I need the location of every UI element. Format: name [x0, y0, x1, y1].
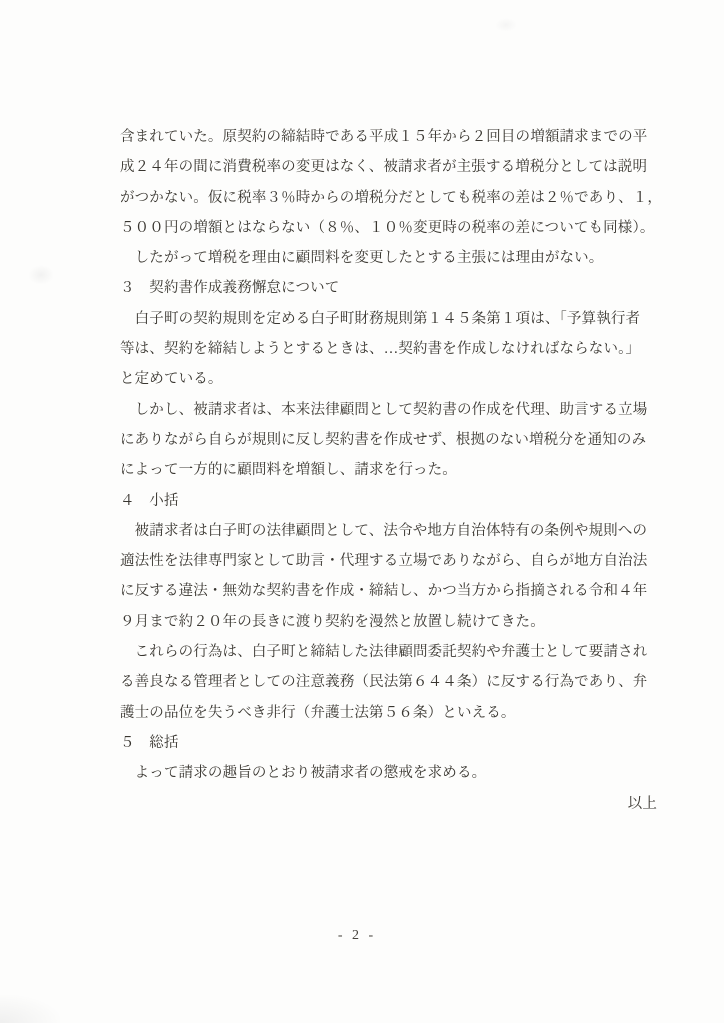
doc-closing: 以上: [120, 789, 657, 819]
doc-line: 被請求者は白子町の法律顧問として、法令や地方自治体特有の条例や規則への: [120, 516, 657, 546]
doc-section-heading: ３ 契約書作成義務懈怠について: [120, 273, 657, 303]
scanned-document-page: 含まれていた。原契約の締結時である平成１５年から２回目の増額請求までの平 成２４…: [0, 0, 724, 1023]
document-body: 含まれていた。原契約の締結時である平成１５年から２回目の増額請求までの平 成２４…: [120, 122, 657, 819]
doc-line: と定めている。: [120, 364, 657, 394]
doc-line: に反する違法・無効な契約書を作成・締結し、かつ当方から指摘される令和４年: [120, 576, 657, 606]
doc-line: 成２４年の間に消費税率の変更はなく、被請求者が主張する増税分としては説明: [120, 152, 657, 182]
page-number: - 2 -: [0, 928, 714, 944]
doc-line: 白子町の契約規則を定める白子町財務規則第１４５条第１項は、「予算執行者: [120, 304, 657, 334]
doc-line: がつかない。仮に税率３％時からの増税分だとしても税率の差は２％であり、１，: [120, 183, 657, 213]
doc-line: ９月まで約２０年の長きに渡り契約を漫然と放置し続けてきた。: [120, 607, 657, 637]
doc-line: ５００円の増額とはならない（８％、１０％変更時の税率の差についても同様）。: [120, 213, 657, 243]
scan-artifact: [28, 265, 54, 285]
doc-line: る善良なる管理者としての注意義務（民法第６４４条）に反する行為であり、弁: [120, 667, 657, 697]
doc-line: よって請求の趣旨のとおり被請求者の懲戒を求める。: [120, 758, 657, 788]
scan-artifact: [0, 995, 60, 1023]
doc-line: しかし、被請求者は、本来法律顧問として契約書の作成を代理、助言する立場: [120, 395, 657, 425]
scan-artifact: [495, 18, 517, 32]
doc-line: にありながら自らが規則に反し契約書を作成せず、根拠のない増税分を通知のみ: [120, 425, 657, 455]
doc-section-heading: ４ 小括: [120, 486, 657, 516]
doc-line: 含まれていた。原契約の締結時である平成１５年から２回目の増額請求までの平: [120, 122, 657, 152]
doc-line: 護士の品位を失うべき非行（弁護士法第５６条）といえる。: [120, 698, 657, 728]
doc-line: 適法性を法律専門家として助言・代理する立場でありながら、自らが地方自治法: [120, 546, 657, 576]
doc-section-heading: ５ 総括: [120, 728, 657, 758]
doc-line: 等は、契約を締結しようとするときは、…契約書を作成しなければならない。」: [120, 334, 657, 364]
doc-line: によって一方的に顧問料を増額し、請求を行った。: [120, 455, 657, 485]
doc-line: これらの行為は、白子町と締結した法律顧問委託契約や弁護士として要請され: [120, 637, 657, 667]
doc-line: したがって増税を理由に顧問料を変更したとする主張には理由がない。: [120, 243, 657, 273]
